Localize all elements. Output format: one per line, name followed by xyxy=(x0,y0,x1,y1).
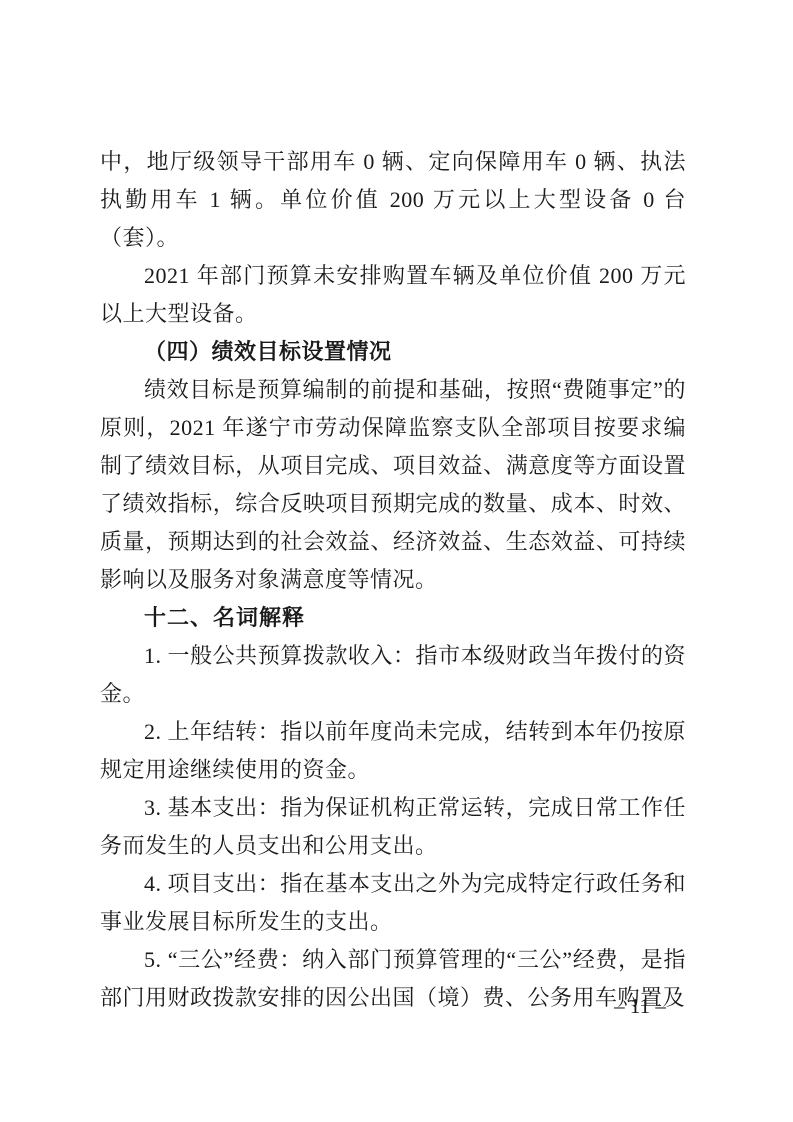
page-number: – 11 – xyxy=(585,992,695,1020)
paragraph: 绩效目标是预算编制的前提和基础，按照“费随事定”的原则，2021 年遂宁市劳动保… xyxy=(100,371,686,599)
paragraph: 1. 一般公共预算拨款收入：指市本级财政当年拨付的资金。 xyxy=(100,637,686,713)
heading: （四）绩效目标设置情况 xyxy=(100,333,686,371)
heading: 十二、名词解释 xyxy=(100,599,686,637)
paragraph: 中，地厅级领导干部用车 0 辆、定向保障用车 0 辆、执法执勤用车 1 辆。单位… xyxy=(100,143,686,257)
paragraph: 2021 年部门预算未安排购置车辆及单位价值 200 万元以上大型设备。 xyxy=(100,257,686,333)
document-page: 中，地厅级领导干部用车 0 辆、定向保障用车 0 辆、执法执勤用车 1 辆。单位… xyxy=(0,0,793,1122)
paragraph: 3. 基本支出：指为保证机构正常运转，完成日常工作任务而发生的人员支出和公用支出… xyxy=(100,789,686,865)
paragraph: 2. 上年结转：指以前年度尚未完成，结转到本年仍按原规定用途继续使用的资金。 xyxy=(100,713,686,789)
paragraph: 4. 项目支出：指在基本支出之外为完成特定行政任务和事业发展目标所发生的支出。 xyxy=(100,865,686,941)
document-body: 中，地厅级领导干部用车 0 辆、定向保障用车 0 辆、执法执勤用车 1 辆。单位… xyxy=(100,143,686,1017)
